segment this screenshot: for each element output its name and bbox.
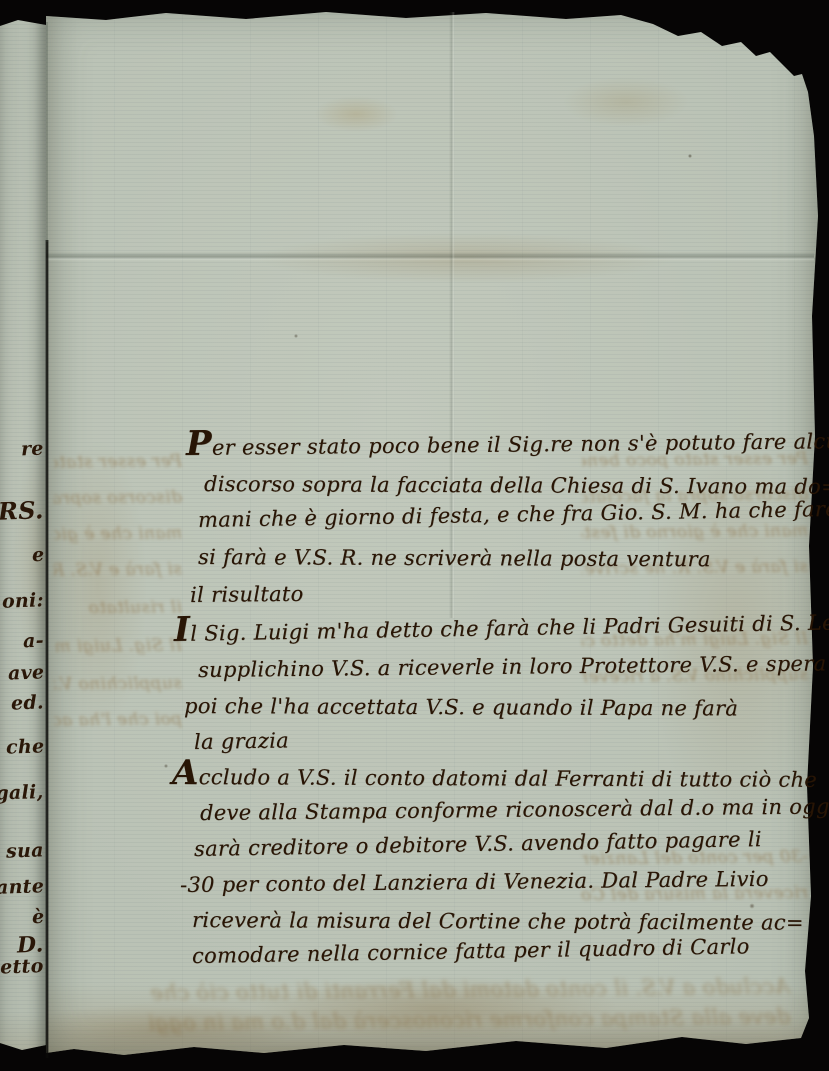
manuscript-line: poi che l'ha accettata V.S. e quando il … bbox=[184, 694, 738, 720]
page-edge-crease bbox=[46, 22, 48, 242]
manuscript-line: Accludo a V.S. il conto datomi dal Ferra… bbox=[172, 765, 817, 792]
manuscript-scan: re RS. e oni: a- ave ed. che egali, sua … bbox=[0, 0, 829, 1071]
manuscript-line: il risultato bbox=[190, 582, 304, 607]
bleed-through-text: Per esser stato poco bene il Sig.re non … bbox=[54, 451, 182, 472]
edge-fragment: è bbox=[31, 906, 44, 928]
facing-page-edge: re RS. e oni: a- ave ed. che egali, sua … bbox=[0, 0, 46, 1071]
edge-fragment: re bbox=[21, 438, 44, 461]
page-edge-gap bbox=[45, 240, 49, 1058]
manuscript-line: si farà e V.S. R. ne scriverà nella post… bbox=[198, 545, 711, 571]
bleed-through-text: si farà e V.S. R. ne scriverà nella post… bbox=[54, 559, 182, 580]
bleed-through-text: poi che l'ha accettata V.S. e quando il … bbox=[54, 709, 182, 730]
edge-fragment: RS. bbox=[0, 495, 44, 526]
bleed-through-text: mani che è giorno di festa, e che fra Gi… bbox=[54, 523, 182, 544]
edge-fragment: ante bbox=[0, 875, 44, 899]
edge-fragment: ed. bbox=[11, 691, 45, 714]
bleed-through-text: Il Sig. Luigi m'ha detto che farà che li… bbox=[54, 635, 182, 656]
manuscript-line: discorso sopra la facciata della Chiesa … bbox=[204, 472, 829, 499]
edge-fragment: egali, bbox=[0, 781, 44, 805]
bleed-through-text: discorso sopra la facciata della Chiesa … bbox=[54, 487, 182, 508]
edge-fragment: oni: bbox=[2, 589, 45, 612]
edge-fragment: sua bbox=[6, 839, 44, 862]
manuscript-line: riceverà la misura del Cortine che potrà… bbox=[192, 908, 804, 935]
edge-fragment: a- bbox=[23, 630, 45, 653]
bleed-through-text: supplichino V.S. a riceverle in loro Pro… bbox=[54, 673, 182, 694]
edge-fragment: che bbox=[5, 735, 44, 758]
edge-fragment: e bbox=[31, 544, 44, 566]
edge-fragment: netto bbox=[0, 955, 44, 979]
bleed-through-text: il risultato bbox=[54, 597, 182, 618]
horizontal-fold-crease bbox=[46, 252, 814, 261]
edge-fragment: ave bbox=[7, 661, 44, 684]
manuscript-line: la grazia bbox=[194, 728, 289, 754]
